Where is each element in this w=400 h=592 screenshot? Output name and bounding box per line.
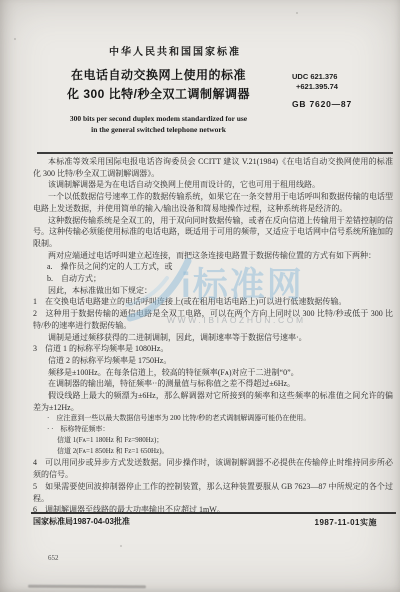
header-divider-rule	[37, 152, 393, 154]
scan-smudge	[28, 585, 146, 588]
english-title-line1: 300 bits per second duplex modem standar…	[36, 113, 281, 124]
body-paragraph: 一个以低数据信号速率工作的数据传输系统，如果它在一条交替用于电话呼叫和数据传输的…	[33, 191, 393, 214]
body-paragraph: 信道 2 的标称平均频率是 1750Hz。	[33, 355, 393, 367]
english-title-line2: in the general switched telephone networ…	[36, 124, 281, 135]
body-paragraph: 该调制解调器是为在电话自动交换网上使用而设计的，它也可用于租用线路。	[33, 179, 393, 191]
udc-classification: UDC 621.376 +621.395.74	[292, 72, 372, 91]
approval-date-text: 国家标准局1987-04-03批准	[33, 516, 130, 527]
body-paragraph: 两对应端通过电话呼叫建立起连接，而把这条连接电路置于数据传输位置的方式有如下两种…	[33, 250, 393, 262]
scan-speck	[120, 545, 122, 547]
body-paragraph: 这种数据传输系统是全双工的，用于双向同时数据传输，或者在反向信道上传输用于差错控…	[33, 215, 393, 250]
standard-body-text: 本标准等效采用国际电报电话咨询委员会 CCITT 建议 V.21(1984)《在…	[33, 156, 393, 516]
body-paragraph: 本标准等效采用国际电报电话咨询委员会 CCITT 建议 V.21(1984)《在…	[33, 156, 393, 179]
body-paragraph: 在调制器的输出端，特征频率··的测量值与标称值之差不得超过±6Hz。	[33, 378, 393, 390]
body-paragraph: 信道 2(Fᴀ=1 850Hz 和 Fᴢ=1 650Hz)。	[33, 446, 393, 457]
body-paragraph: 因此，本标准做出如下规定：	[33, 285, 393, 297]
body-paragraph: 6 调制解调器至线路的最大功率输出不应超过 1mW。	[33, 504, 393, 516]
body-paragraph: · · 标称特征频率：	[33, 424, 393, 435]
body-paragraph: 1 在交换电话电路建立的电话呼叫连接上(或在租用电话电路上)可以进行低速数据传输…	[33, 296, 393, 308]
standard-title-line2: 化 300 比特/秒全双工调制解调器	[36, 85, 281, 104]
scan-speck	[296, 12, 298, 14]
udc-line2: +621.395.74	[292, 82, 372, 92]
body-paragraph: 信道 1(Fᴀ=1 180Hz 和 Fᴢ=980Hz)；	[33, 435, 393, 446]
scan-speck	[14, 38, 16, 40]
body-paragraph: 3 信道 1 的标称平均频率是 1080Hz。	[33, 343, 393, 355]
page-number: 652	[48, 554, 59, 562]
body-paragraph: 频移是±100Hz。在每条信道上，较高的特征频率(Fᴀ)对应于二进制“0”。	[33, 367, 393, 379]
scanned-standard-page: 中华人民共和国国家标准 在电话自动交换网上使用的标准 化 300 比特/秒全双工…	[0, 0, 400, 592]
national-standard-heading: 中华人民共和国国家标准	[35, 43, 315, 58]
body-paragraph: 2 这种用于数据传输的通信电路是全双工电路，可以在两个方向上同时以 300 比特…	[33, 308, 393, 331]
body-paragraph: 假设线路上最大的频漂为±6Hz，那么解调器对它所接到的频率和这些频率的标准值之间…	[33, 390, 393, 413]
body-paragraph: 调制是通过频移获得的二进制调制，因此，调制速率等于数据信号速率·。	[33, 332, 393, 344]
implementation-date-text: 1987-11-01实施	[315, 517, 377, 528]
body-paragraph: 4 可以用同步或异步方式发送数据。同步操作时，该调制解调器不必提供在传输停止时维…	[33, 457, 393, 480]
udc-line1: UDC 621.376	[292, 72, 372, 82]
standard-title-line1: 在电话自动交换网上使用的标准	[36, 66, 281, 85]
body-paragraph: b. 自动方式；	[33, 273, 393, 285]
standard-number: GB 7620—87	[292, 99, 352, 109]
body-paragraph: 5 如果需要使回波抑制器停止工作的控制装置，那么这种装置要服从 GB 7623—…	[33, 481, 393, 504]
body-paragraph: · 应注意到一些以最大数据信号速率为 200 比特/秒的老式调制解调器可能仍在使…	[33, 413, 393, 424]
body-paragraph: a. 操作员之间约定的人工方式，或	[33, 261, 393, 273]
standard-title-english: 300 bits per second duplex modem standar…	[36, 113, 281, 135]
standard-title-chinese: 在电话自动交换网上使用的标准 化 300 比特/秒全双工调制解调器	[36, 66, 281, 104]
